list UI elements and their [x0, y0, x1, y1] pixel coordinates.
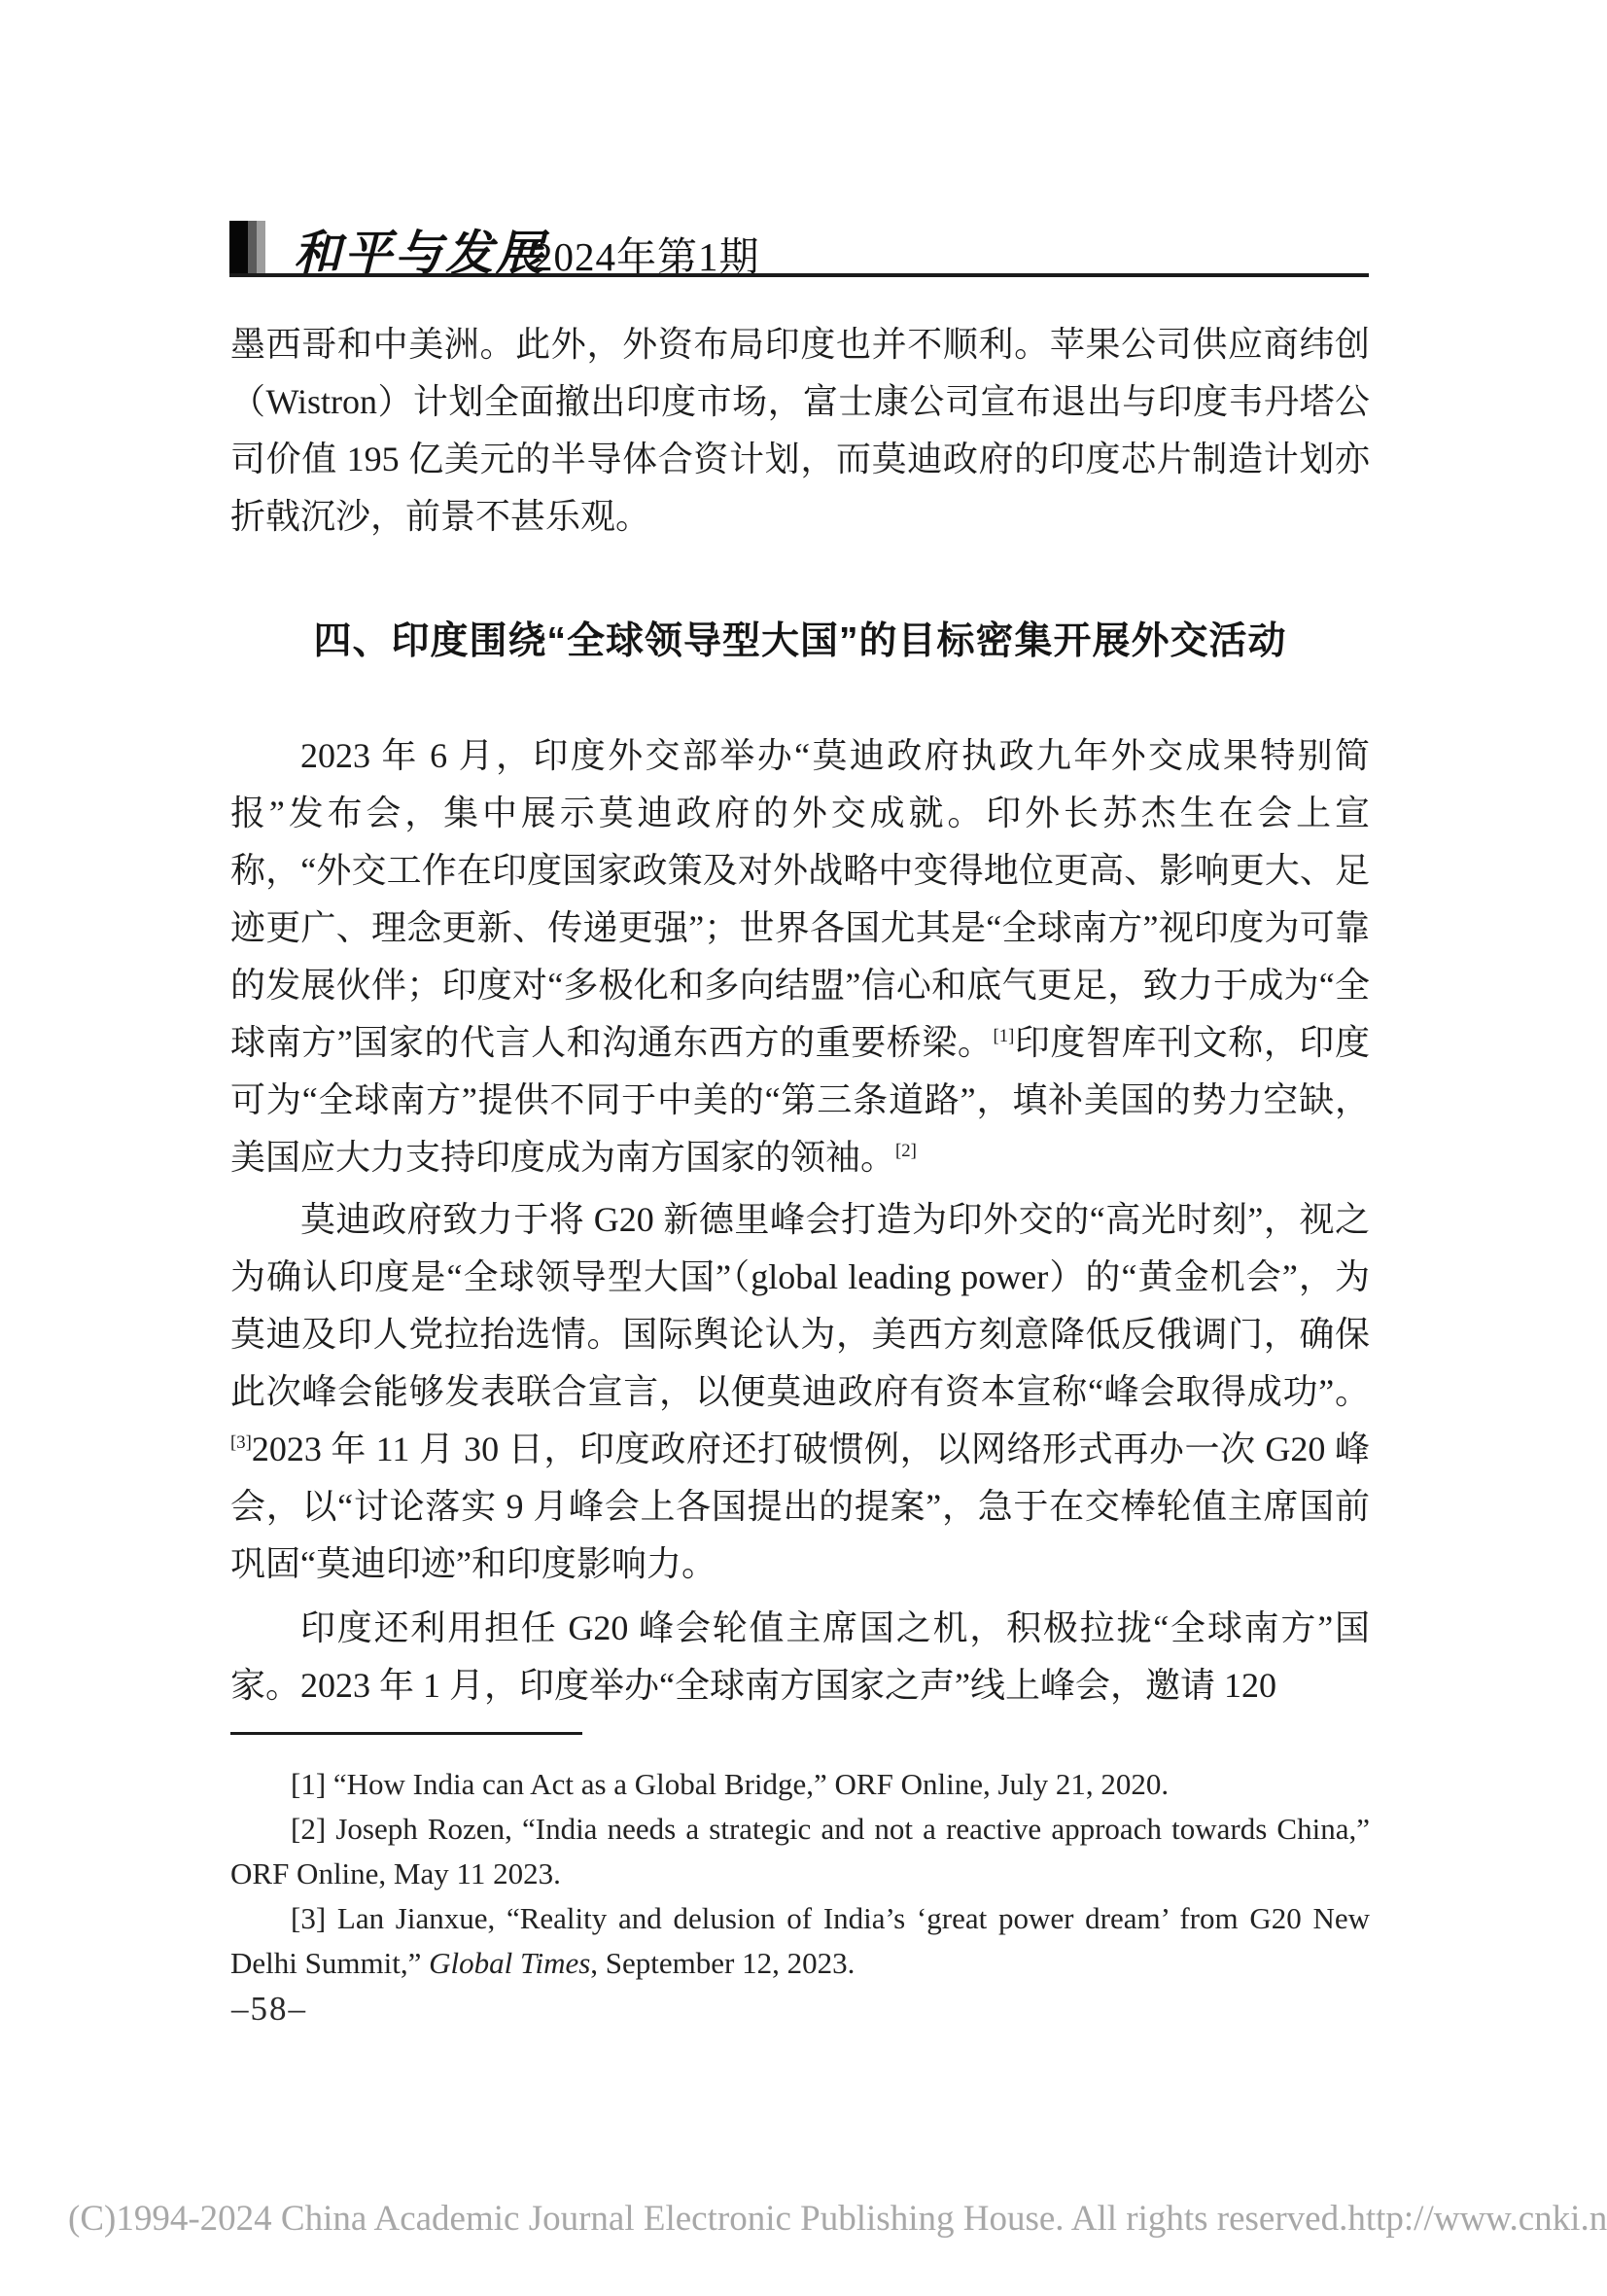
header-mark-lightgray-bar — [257, 221, 265, 276]
section-heading: 四、印度围绕“全球领导型大国”的目标密集开展外交活动 — [230, 611, 1370, 665]
page-number: –58– — [231, 1990, 307, 2029]
footnote-3-text-b: , September 12, 2023. — [590, 1946, 855, 1980]
cnki-url: http://www.cnki.net — [1347, 2198, 1607, 2240]
paragraph-3: 莫迪政府致力于将 G20 新德里峰会打造为印外交的“高光时刻”，视之为确认印度是… — [230, 1191, 1370, 1593]
copyright-footer: (C)1994-2024 China Academic Journal Elec… — [68, 2198, 1604, 2240]
journal-page: 和平与发展 2024年第1期 墨西哥和中美洲。此外，外资布局印度也并不顺利。苹果… — [0, 0, 1607, 2296]
paragraph-3-text-b: 2023 年 11 月 30 日，印度政府还打破惯例，以网络形式再办一次 G20… — [230, 1430, 1370, 1583]
footnotes: [1] “How India can Act as a Global Bridg… — [230, 1762, 1370, 1986]
footnote-ref-2: [2] — [895, 1141, 917, 1161]
paragraph-3-text-a: 莫迪政府致力于将 G20 新德里峰会打造为印外交的“高光时刻”，视之为确认印度是… — [230, 1200, 1370, 1411]
header-mark-black-bar — [229, 221, 248, 276]
header-rule — [229, 273, 1369, 277]
footnote-separator-rule — [230, 1732, 582, 1735]
footnote-ref-1: [1] — [993, 1026, 1014, 1046]
footnote-1: [1] “How India can Act as a Global Bridg… — [230, 1762, 1370, 1807]
paragraph-2: 2023 年 6 月，印度外交部举办“莫迪政府执政九年外交成果特别简报”发布会，… — [230, 727, 1370, 1186]
header-mark-darkgray-bar — [248, 221, 257, 276]
footnote-3-journal-name: Global Times — [429, 1946, 590, 1980]
paragraph-1: 墨西哥和中美洲。此外，外资布局印度也并不顺利。苹果公司供应商纬创（Wistron… — [230, 316, 1370, 546]
footnote-ref-3: [3] — [230, 1432, 252, 1453]
paragraph-4: 印度还利用担任 G20 峰会轮值主席国之机，积极拉拢“全球南方”国家。2023 … — [230, 1600, 1370, 1714]
copyright-text: (C)1994-2024 China Academic Journal Elec… — [68, 2198, 1347, 2240]
paragraph-2-text-a: 2023 年 6 月，印度外交部举办“莫迪政府执政九年外交成果特别简报”发布会，… — [230, 736, 1370, 1062]
footnote-3: [3] Lan Jianxue, “Reality and delusion o… — [230, 1896, 1370, 1986]
footnote-2: [2] Joseph Rozen, “India needs a strateg… — [230, 1807, 1370, 1896]
